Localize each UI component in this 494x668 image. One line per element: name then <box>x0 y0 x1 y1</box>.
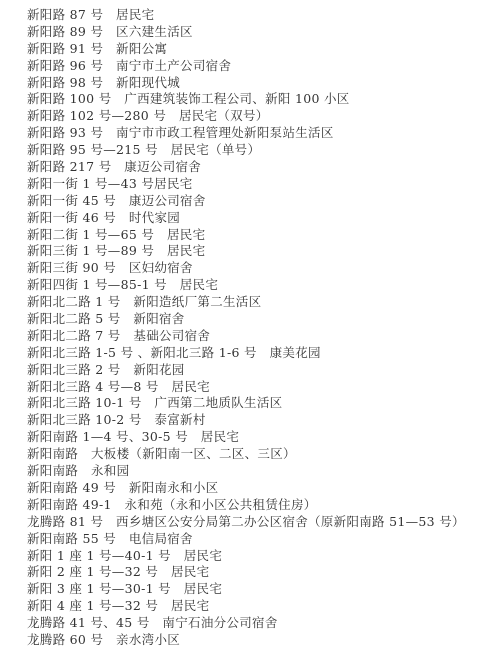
address-line: 新阳二街 1 号—65 号 居民宅 <box>27 227 486 244</box>
address-line: 新阳路 91 号 新阳公寓 <box>27 41 486 58</box>
address-line: 新阳 2 座 1 号—32 号 居民宅 <box>27 564 486 581</box>
address-line: 新阳南路 1—4 号、30-5 号 居民宅 <box>27 429 486 446</box>
address-line: 新阳北二路 5 号 新阳宿舍 <box>27 311 486 328</box>
address-line: 新阳四街 1 号—85-1 号 居民宅 <box>27 277 486 294</box>
address-line: 新阳南路 大板楼（新阳南一区、二区、三区） <box>27 446 486 463</box>
address-line: 新阳北三路 10-2 号 泰富新村 <box>27 412 486 429</box>
address-line: 新阳三街 1 号—89 号 居民宅 <box>27 243 486 260</box>
address-line: 新阳南路 55 号 电信局宿舍 <box>27 531 486 548</box>
address-line: 新阳三街 90 号 区妇幼宿舍 <box>27 260 486 277</box>
address-line: 新阳一街 45 号 康迈公司宿舍 <box>27 193 486 210</box>
address-line: 新阳 1 座 1 号—40-1 号 居民宅 <box>27 548 486 565</box>
address-line: 新阳北三路 4 号—8 号 居民宅 <box>27 379 486 396</box>
address-line: 新阳路 93 号 南宁市市政工程管理处新阳泵站生活区 <box>27 125 486 142</box>
address-line: 新阳 3 座 1 号—30-1 号 居民宅 <box>27 581 486 598</box>
address-line: 新阳北三路 10-1 号 广西第二地质队生活区 <box>27 395 486 412</box>
address-line: 龙腾路 41 号、45 号 南宁石油分公司宿舍 <box>27 615 486 632</box>
address-line: 新阳路 87 号 居民宅 <box>27 7 486 24</box>
address-line: 新阳一街 1 号—43 号居民宅 <box>27 176 486 193</box>
address-line: 新阳路 98 号 新阳现代城 <box>27 75 486 92</box>
address-line: 新阳北二路 7 号 基础公司宿舍 <box>27 328 486 345</box>
address-line: 新阳北三路 1-5 号 、新阳北三路 1-6 号 康美花园 <box>27 345 486 362</box>
address-line: 新阳南路 49-1 永和苑（永和小区公共租赁住房） <box>27 497 486 514</box>
address-line: 新阳路 95 号—215 号 居民宅（单号） <box>27 142 486 159</box>
address-line: 新阳 4 座 1 号—32 号 居民宅 <box>27 598 486 615</box>
document-page: { "page": { "background": "#ffffff", "te… <box>0 0 494 668</box>
address-line: 新阳路 100 号 广西建筑装饰工程公司、新阳 100 小区 <box>27 91 486 108</box>
address-line: 新阳北二路 1 号 新阳造纸厂第二生活区 <box>27 294 486 311</box>
address-line: 新阳路 89 号 区六建生活区 <box>27 24 486 41</box>
address-line: 龙腾路 60 号 亲水湾小区 <box>27 632 486 649</box>
address-line: 新阳南路 49 号 新阳南永和小区 <box>27 480 486 497</box>
address-list: 新阳路 87 号 居民宅新阳路 89 号 区六建生活区新阳路 91 号 新阳公寓… <box>0 0 494 668</box>
address-line: 新阳北三路 2 号 新阳花园 <box>27 362 486 379</box>
address-line: 新阳路 96 号 南宁市土产公司宿舍 <box>27 58 486 75</box>
address-line: 新阳南路 永和园 <box>27 463 486 480</box>
address-line: 新阳一街 46 号 时代家园 <box>27 210 486 227</box>
address-line: 新阳路 217 号 康迈公司宿舍 <box>27 159 486 176</box>
address-line: 龙腾路 81 号 西乡塘区公安分局第二办公区宿舍（原新阳南路 51—53 号） <box>27 514 486 531</box>
address-line: 新阳路 102 号—280 号 居民宅（双号） <box>27 108 486 125</box>
